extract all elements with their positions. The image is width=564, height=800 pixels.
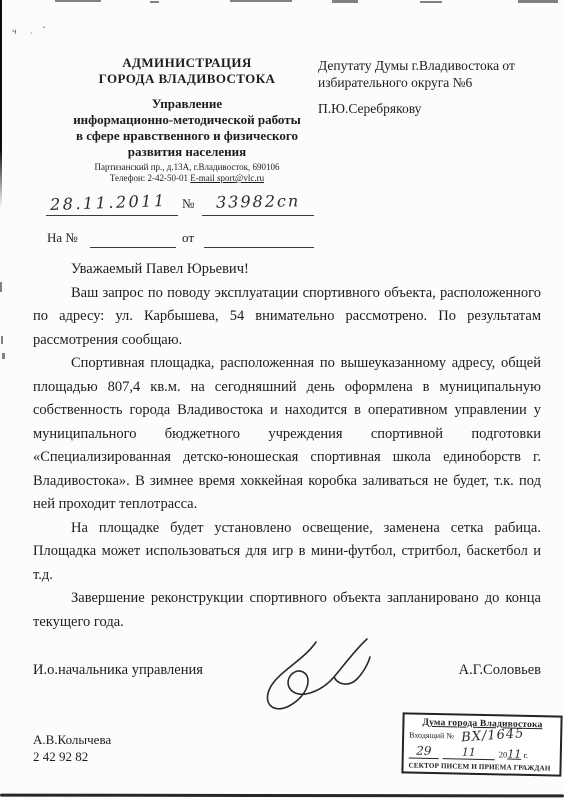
stamp-incoming-label: Входящий №	[409, 730, 454, 740]
sender-letterhead: АДМИНИСТРАЦИЯ ГОРОДА ВЛАДИВОСТОКА Управл…	[58, 55, 316, 184]
scan-speck	[1, 336, 3, 344]
stamp-year: 2011 г.	[499, 747, 529, 761]
stamp-month: 11	[443, 745, 495, 760]
sender-dept-line4: развития населения	[58, 144, 316, 160]
stamp-incoming-number: ВХ/1645	[461, 726, 525, 745]
scan-speck	[2, 353, 5, 359]
sender-phone: Телефон: 2-42-50-01	[110, 173, 188, 183]
paragraph-1: Ваш запрос по поводу эксплуатации спорти…	[33, 282, 541, 353]
paragraph-3: На площадке будет установлено освещение,…	[33, 517, 541, 588]
signer-position: И.о.начальника управления	[33, 662, 203, 679]
salutation: Уважаемый Павел Юрьевич!	[33, 258, 541, 282]
recipient-line2: избирательного округа №6	[318, 74, 550, 91]
reply-from-label: от	[182, 230, 194, 246]
reply-to-label: На №	[47, 230, 78, 246]
sender-dept-line3: в сфере нравственного и физического	[58, 128, 316, 144]
paragraph-2: Спортивная площадка, расположенная по вы…	[33, 352, 541, 517]
stamp-date-row: 29 11 2011 г.	[409, 743, 555, 761]
number-sign: №	[182, 196, 194, 212]
sender-org-line2: ГОРОДА ВЛАДИВОСТОКА	[58, 71, 316, 87]
scan-speck	[0, 282, 2, 292]
scan-ink-mark: ч	[12, 27, 17, 36]
stamp-day: 29	[409, 743, 439, 759]
sender-dept-line2: информационно-методической работы	[58, 112, 316, 128]
scan-edge-left	[0, 0, 2, 208]
sender-email: E-mail sport@vlc.ru	[190, 173, 264, 183]
scan-speck	[420, 1, 442, 3]
scan-edge-bottom	[0, 794, 564, 798]
reply-number-blank-line	[90, 247, 176, 248]
recipient-name: П.Ю.Серебрякову	[318, 100, 550, 117]
date-blank-line	[46, 215, 178, 216]
executor-block: А.В.Колычева 2 42 92 82	[33, 731, 111, 765]
letter-body: Уважаемый Павел Юрьевич! Ваш запрос по п…	[33, 258, 541, 634]
scan-speck	[150, 1, 159, 3]
handwritten-number: 33982сп	[216, 191, 300, 211]
scan-speck	[518, 0, 558, 3]
handwritten-signature-icon	[256, 634, 376, 716]
executor-name: А.В.Колычева	[33, 731, 111, 748]
stamp-sector: СЕКТОР ПИСЕМ И ПРИЕМА ГРАЖДАН	[408, 761, 554, 772]
paragraph-4: Завершение реконструкции спортивного объ…	[33, 587, 541, 634]
sender-org-line1: АДМИНИСТРАЦИЯ	[58, 55, 316, 71]
number-blank-line	[202, 215, 314, 216]
sender-address: Партизанский пр., д.13А, г.Владивосток, …	[58, 162, 316, 173]
scan-ink-mark: ˝	[42, 26, 46, 35]
recipient-block: Депутату Думы г.Владивостока от избирате…	[318, 57, 550, 117]
executor-phone: 2 42 92 82	[33, 748, 111, 765]
scan-ink-mark: ·	[30, 29, 33, 38]
recipient-line1: Депутату Думы г.Владивостока от	[318, 57, 550, 74]
handwritten-date: 28.11.2011	[50, 191, 167, 214]
scan-speck	[230, 0, 292, 2]
sender-phone-email: Телефон: 2-42-50-01 E-mail sport@vlc.ru	[58, 173, 316, 184]
sender-dept-line1: Управление	[58, 96, 316, 112]
signer-name: А.Г.Соловьев	[459, 662, 541, 679]
incoming-stamp: Дума города Владивостока Входящий № ВХ/1…	[401, 712, 562, 776]
scanned-letter-page: ч · ˝ АДМИНИСТРАЦИЯ ГОРОДА ВЛАДИВОСТОКА …	[0, 0, 564, 800]
scan-speck	[332, 0, 358, 3]
scan-speck	[55, 0, 101, 2]
reply-date-blank-line	[204, 247, 314, 248]
